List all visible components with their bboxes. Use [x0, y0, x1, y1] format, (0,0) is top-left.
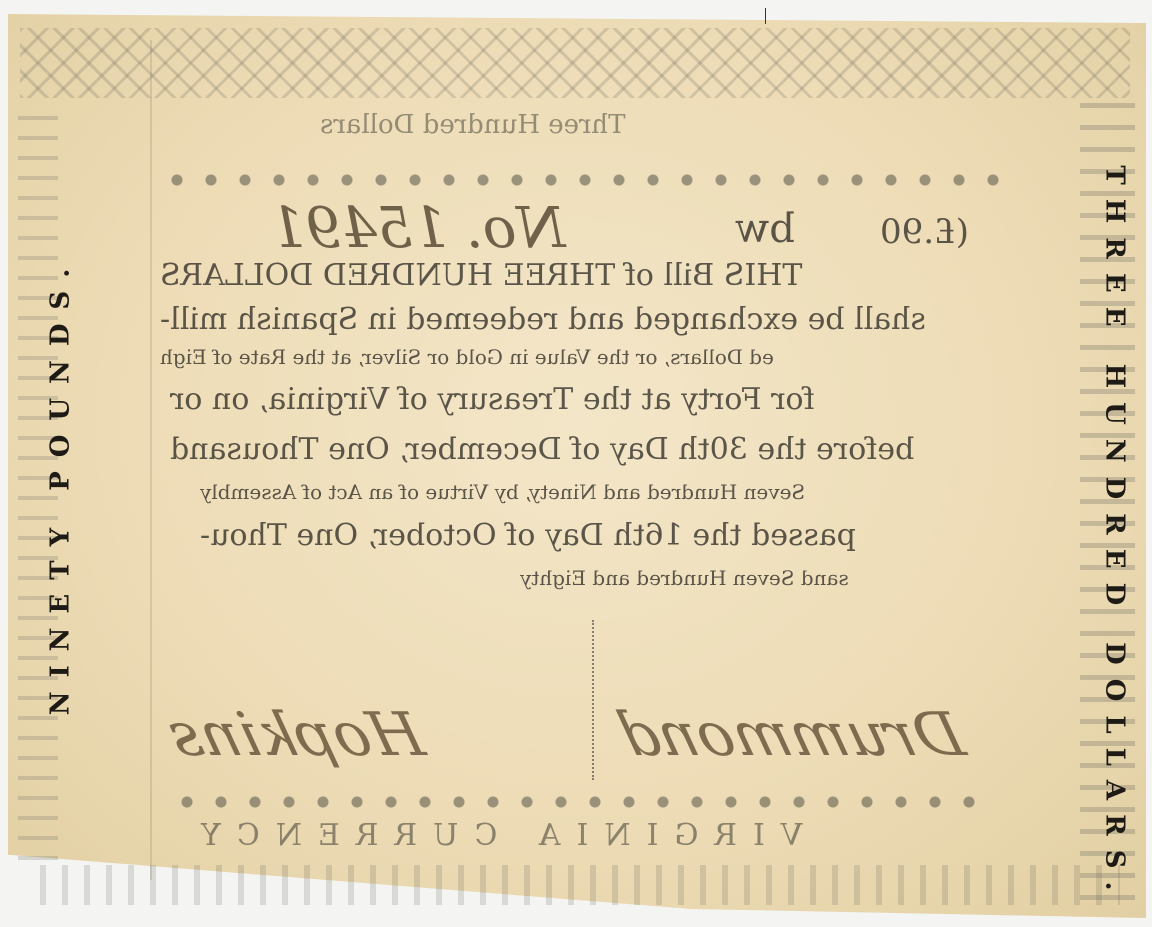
- bottom-ornamental-border: [40, 865, 1120, 905]
- scan-mark: [765, 8, 766, 24]
- rosette-row-top: [160, 168, 1000, 192]
- signature-divider: [592, 620, 594, 780]
- side-label-right: THREE HUNDRED DOLLARS.: [1100, 165, 1130, 904]
- side-label-left: NINETY POUNDS.: [45, 255, 75, 716]
- note-line: ed Dollars, or the Value in Gold or Silv…: [160, 345, 774, 369]
- note-line: passed the 16th Day of October, One Thou…: [200, 518, 856, 553]
- note-line: for Forty at the Treasury of Virginia, o…: [170, 382, 815, 417]
- note-line: before the 30th Day of December, One Tho…: [170, 432, 914, 467]
- note-line: THIS Bill of THREE HUNDRED DOLLARS: [160, 258, 802, 293]
- top-ornamental-border: [20, 28, 1130, 98]
- note-line: shall be exchanged and redeemed in Spani…: [160, 302, 926, 337]
- plate-letters: bw: [735, 206, 795, 252]
- rosette-row-bottom: [170, 790, 990, 814]
- signature-right: Drummond: [611, 700, 972, 770]
- note-line: sand Seven Hundred and Eighty: [520, 566, 849, 590]
- signature-left: Hopkins: [161, 700, 432, 770]
- serial-number: No. 15491: [270, 196, 566, 261]
- value-pounds: (£.90: [880, 212, 969, 252]
- footer-text: VIRGINIA CURRENCY: [185, 818, 803, 853]
- fold-line: [150, 40, 152, 880]
- note-line: Seven Hundred and Ninety, by Virtue of a…: [200, 480, 805, 504]
- serial-value: 15491: [270, 196, 448, 261]
- serial-prefix: No.: [466, 196, 566, 261]
- header-ribbon: Three Hundred Dollars: [320, 110, 626, 140]
